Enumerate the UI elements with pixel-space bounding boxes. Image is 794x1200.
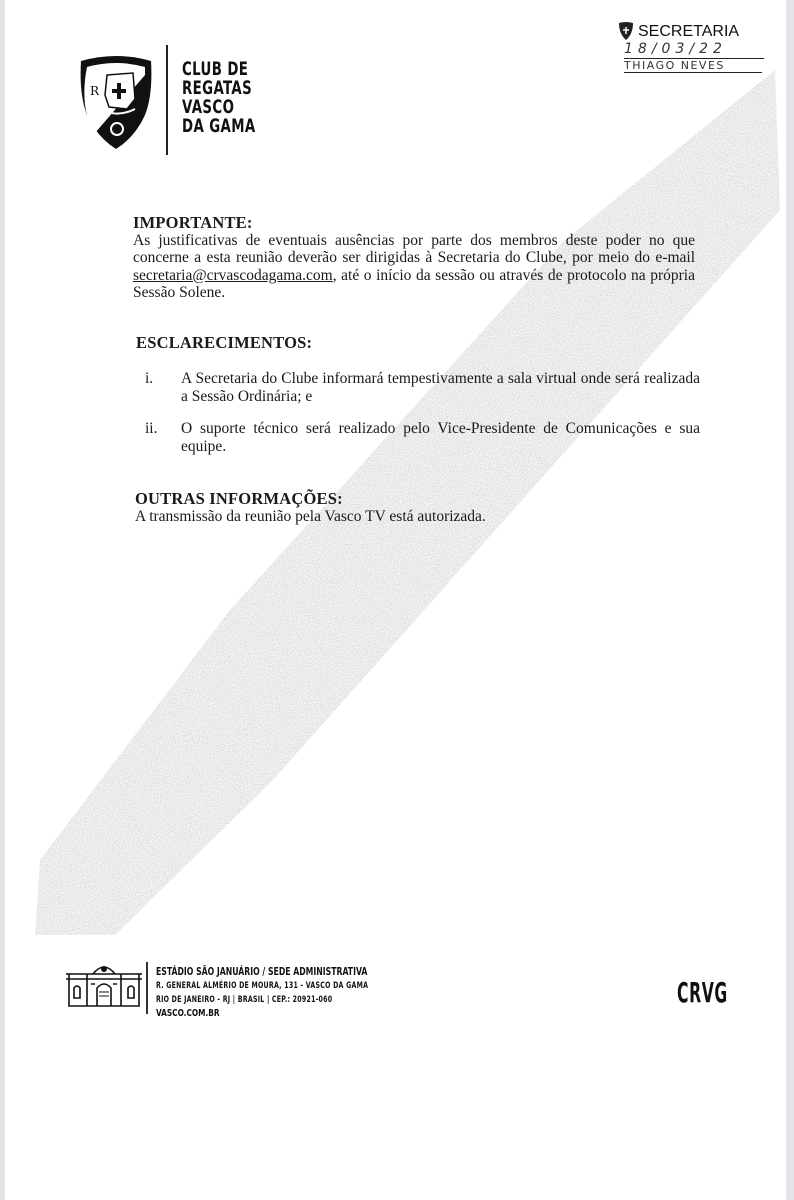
section-paragraph: As justificativas de eventuais ausências…: [133, 232, 695, 302]
section-paragraph: A transmissão da reunião pela Vasco TV e…: [135, 508, 486, 526]
section-importante: IMPORTANTE: As justificativas de eventua…: [133, 214, 695, 302]
footer-website: VASCO.COM.BR: [156, 1007, 368, 1020]
section-heading: OUTRAS INFORMAÇÕES:: [135, 490, 486, 508]
footer-address-line: RIO DE JANEIRO - RJ | BRASIL | CEP.: 209…: [156, 993, 368, 1007]
footer-divider: [146, 962, 148, 1014]
footer-address: ESTÁDIO SÃO JANUÁRIO / SEDE ADMINISTRATI…: [156, 965, 368, 1020]
club-name-logo: CLUB DE REGATAS VASCO DA GAMA: [182, 60, 256, 136]
list-text: A Secretaria do Clube informará tempesti…: [181, 370, 700, 405]
logo-line: DA GAMA: [182, 117, 256, 136]
list-number: i.: [145, 370, 181, 405]
esclarecimentos-list: i. A Secretaria do Clube informará tempe…: [145, 370, 700, 470]
footer-address-line: R. GENERAL ALMÉRIO DE MOURA, 131 - VASCO…: [156, 979, 368, 993]
section-heading: IMPORTANTE:: [133, 214, 695, 232]
vasco-crest-icon: R: [77, 55, 155, 151]
stamp-date: 18/03/22: [624, 41, 764, 59]
list-text: O suporte técnico será realizado pelo Vi…: [181, 420, 700, 455]
list-item: ii. O suporte técnico será realizado pel…: [145, 420, 700, 455]
diagonal-scan-stripe: [5, 0, 786, 1200]
document-page: R CLUB DE REGATAS VASCO DA GAMA SECRETAR…: [5, 0, 786, 1200]
secretaria-stamp: SECRETARIA 18/03/22 THIAGO NEVES: [618, 22, 778, 73]
stamp-signature-name: THIAGO NEVES: [624, 59, 762, 73]
email-link[interactable]: secretaria@crvascodagama.com: [133, 267, 333, 284]
svg-text:R: R: [90, 84, 100, 98]
stadium-building-icon: [63, 958, 145, 1008]
stamp-title: SECRETARIA: [638, 23, 739, 41]
section-heading-esclarecimentos: ESCLARECIMENTOS:: [136, 333, 312, 353]
paragraph-text: As justificativas de eventuais ausências…: [133, 232, 695, 267]
list-number: ii.: [145, 420, 181, 455]
crvg-brand-logo: CRVG: [677, 978, 728, 1008]
stamp-crest-icon: [618, 22, 634, 41]
section-outras-informacoes: OUTRAS INFORMAÇÕES: A transmissão da reu…: [135, 490, 486, 525]
footer-title: ESTÁDIO SÃO JANUÁRIO / SEDE ADMINISTRATI…: [156, 965, 368, 979]
list-item: i. A Secretaria do Clube informará tempe…: [145, 370, 700, 405]
logo-divider: [166, 45, 168, 155]
